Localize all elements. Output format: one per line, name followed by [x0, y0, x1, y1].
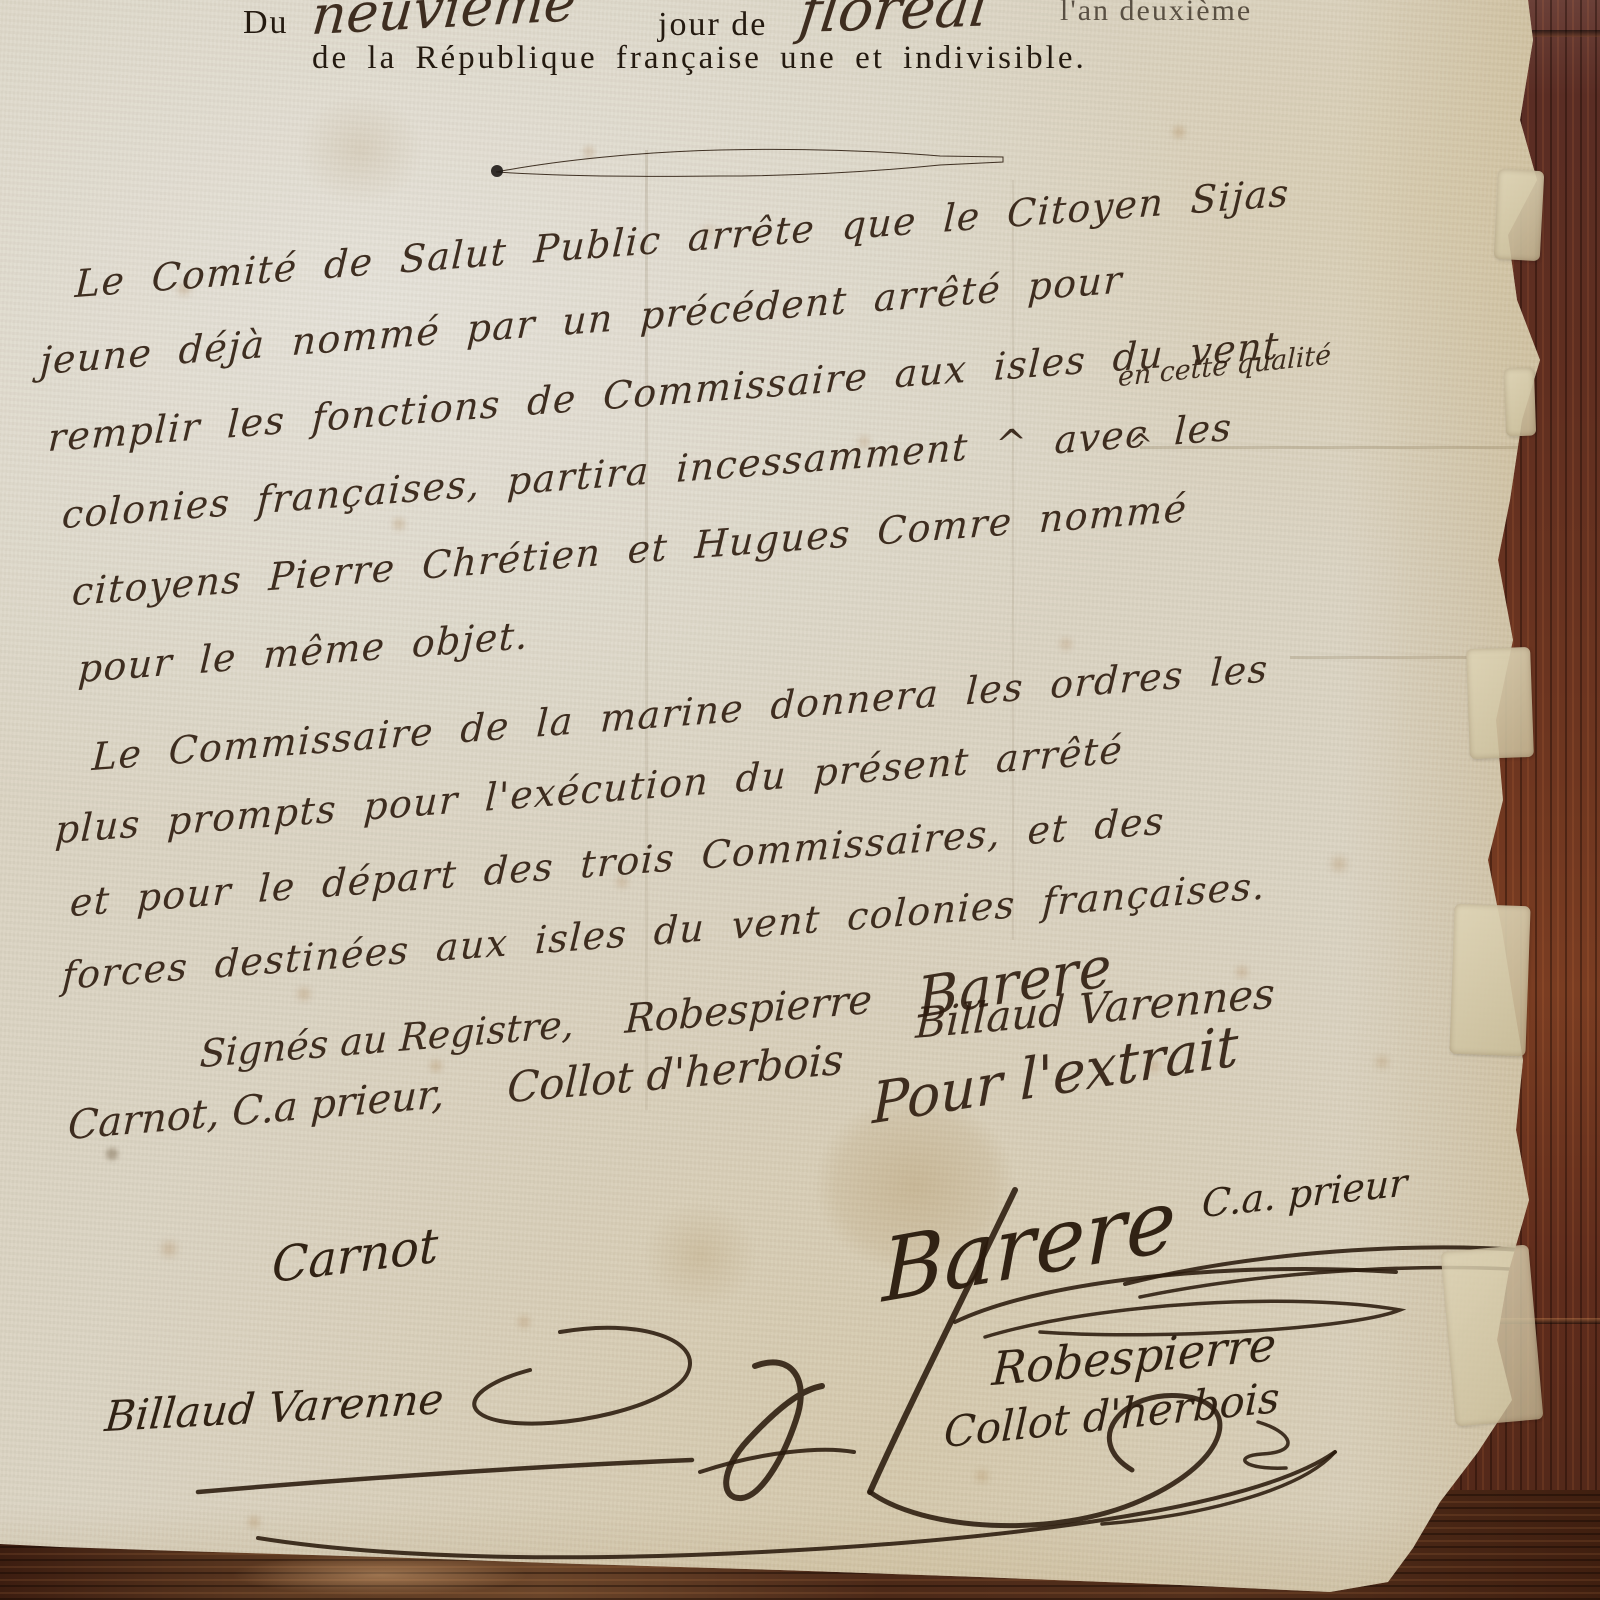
barere-underloop [870, 1396, 1220, 1526]
robespierre-flourish-2 [985, 1301, 1400, 1337]
tape-remnant-1 [1494, 169, 1545, 261]
divider-end-knob [491, 165, 503, 177]
tape-remnant-3 [1466, 647, 1534, 759]
carnot-flourish [474, 1328, 690, 1424]
printed-divider-rule [496, 149, 1003, 176]
aged-paper-document: Du neuvième jour de floréal l'an deuxièm… [0, 0, 1600, 1600]
tape-remnant-4 [1449, 904, 1530, 1057]
collot-long-sweep [258, 1452, 1335, 1557]
barere-downstroke [870, 1190, 1015, 1492]
ink-flourishes-layer [0, 0, 1600, 1600]
robespierre-tail [1245, 1422, 1288, 1468]
tape-remnant-2 [1504, 367, 1536, 436]
billaud-underline [198, 1460, 692, 1492]
billaud-pretzel-flourish [726, 1362, 822, 1498]
robespierre-flourish-1 [955, 1269, 1396, 1322]
tape-remnant-5 [1441, 1244, 1544, 1426]
photo-of-document: Du neuvième jour de floréal l'an deuxièm… [0, 0, 1600, 1600]
